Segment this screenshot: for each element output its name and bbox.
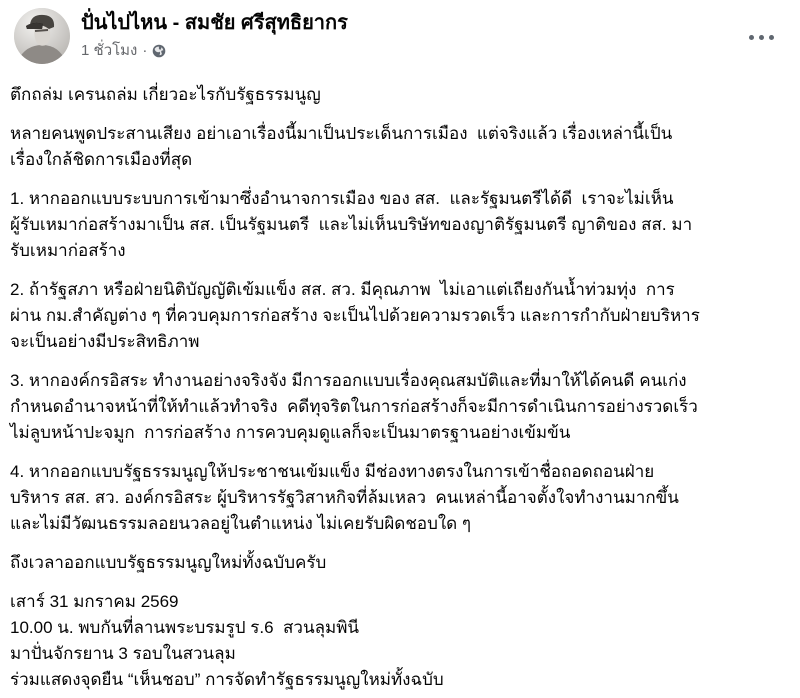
meta-separator: · bbox=[142, 41, 147, 61]
post-options-button[interactable] bbox=[745, 31, 778, 44]
post-paragraph-point-3: 3. หากองค์กรอิสระ ทำงานอย่างจริงจัง มีกา… bbox=[10, 368, 792, 446]
post-body: ตึกถล่ม เครนถล่ม เกี่ยวอะไรกับรัฐธรรมนูญ… bbox=[0, 64, 800, 693]
timestamp[interactable]: 1 ชั่วโมง bbox=[81, 41, 137, 61]
ellipsis-icon bbox=[749, 35, 774, 40]
post-meta: 1 ชั่วโมง · bbox=[81, 41, 348, 61]
post-paragraph-point-4: 4. หากออกแบบรัฐธรรมนูญให้ประชาชนเข้มแข็ง… bbox=[10, 459, 792, 537]
globe-icon bbox=[152, 44, 166, 58]
post-paragraph-event: เสาร์ 31 มกราคม 2569 10.00 น. พบกันที่ลา… bbox=[10, 589, 792, 693]
post-paragraph-point-2: 2. ถ้ารัฐสภา หรือฝ่ายนิติบัญญัติเข้มแข็ง… bbox=[10, 277, 792, 355]
post-paragraph-closing: ถึงเวลาออกแบบรัฐธรรมนูญใหม่ทั้งฉบับครับ bbox=[10, 550, 792, 576]
post-header: ปั่นไปไหน - สมชัย ศรีสุทธิยากร 1 ชั่วโมง… bbox=[0, 0, 800, 64]
profile-photo-icon bbox=[14, 8, 70, 64]
post-paragraph-title: ตึกถล่ม เครนถล่ม เกี่ยวอะไรกับรัฐธรรมนูญ bbox=[10, 82, 792, 108]
post-paragraph-intro: หลายคนพูดประสานเสียง อย่าเอาเรื่องนี้มาเ… bbox=[10, 121, 792, 173]
post-paragraph-point-1: 1. หากออกแบบระบบการเข้ามาซึ่งอำนาจการเมื… bbox=[10, 186, 792, 264]
page-name[interactable]: ปั่นไปไหน - สมชัย ศรีสุทธิยากร bbox=[81, 10, 348, 37]
avatar[interactable] bbox=[14, 8, 70, 64]
facebook-post: ปั่นไปไหน - สมชัย ศรีสุทธิยากร 1 ชั่วโมง… bbox=[0, 0, 800, 693]
header-info: ปั่นไปไหน - สมชัย ศรีสุทธิยากร 1 ชั่วโมง… bbox=[81, 8, 348, 61]
